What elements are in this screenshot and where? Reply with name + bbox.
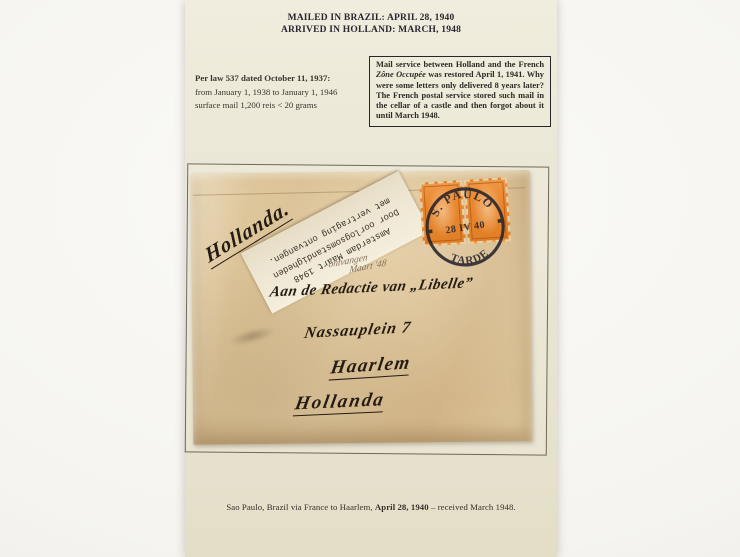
svg-text:TARDE: TARDE xyxy=(447,246,492,270)
page-title: MAILED IN BRAZIL: APRIL 28, 1940 ARRIVED… xyxy=(185,13,557,36)
info-box-text-pre: Mail service between Holland and the Fre… xyxy=(376,60,544,69)
info-box: Mail service between Holland and the Fre… xyxy=(369,56,551,127)
postmark-sao-paulo: S. PAULO TARDE 28 IV 40 xyxy=(408,170,522,284)
exhibit-photo: MAILED IN BRAZIL: APRIL 28, 1940 ARRIVED… xyxy=(0,0,740,557)
bottom-caption: Sao Paulo, Brazil via France to Haarlem,… xyxy=(185,502,557,512)
envelope: Hollanda. Amsterdam Maart 1948 Door oorl… xyxy=(191,170,533,445)
law-note-line3: surface mail 1,200 reis < 20 grams xyxy=(195,99,357,113)
caption-date: April 28, 1940 xyxy=(375,502,429,512)
law-note: Per law 537 dated October 11, 1937: from… xyxy=(195,72,357,113)
album-page: MAILED IN BRAZIL: APRIL 28, 1940 ARRIVED… xyxy=(185,0,557,557)
page-title-line1: MAILED IN BRAZIL: APRIL 28, 1940 xyxy=(185,13,557,25)
caption-post: – received March 1948. xyxy=(429,502,516,512)
address-line4: Hollanda xyxy=(293,389,387,415)
caption-pre: Sao Paulo, Brazil via France to Haarlem, xyxy=(226,502,375,512)
address-line3: Haarlem xyxy=(329,352,413,379)
law-note-line1: Per law 537 dated October 11, 1937: xyxy=(195,72,357,86)
info-box-text-italic: Zône Occupée xyxy=(376,70,426,79)
postmark-time: TARDE xyxy=(447,246,492,270)
page-title-line2: ARRIVED IN HOLLAND: MARCH, 1948 xyxy=(185,25,557,37)
law-note-line2: from January 1, 1938 to January 1, 1946 xyxy=(195,86,357,100)
address-line2: Nassauplein 7 xyxy=(303,319,413,343)
ink-smudge xyxy=(227,323,277,349)
postmark-date: 28 IV 40 xyxy=(445,219,486,236)
